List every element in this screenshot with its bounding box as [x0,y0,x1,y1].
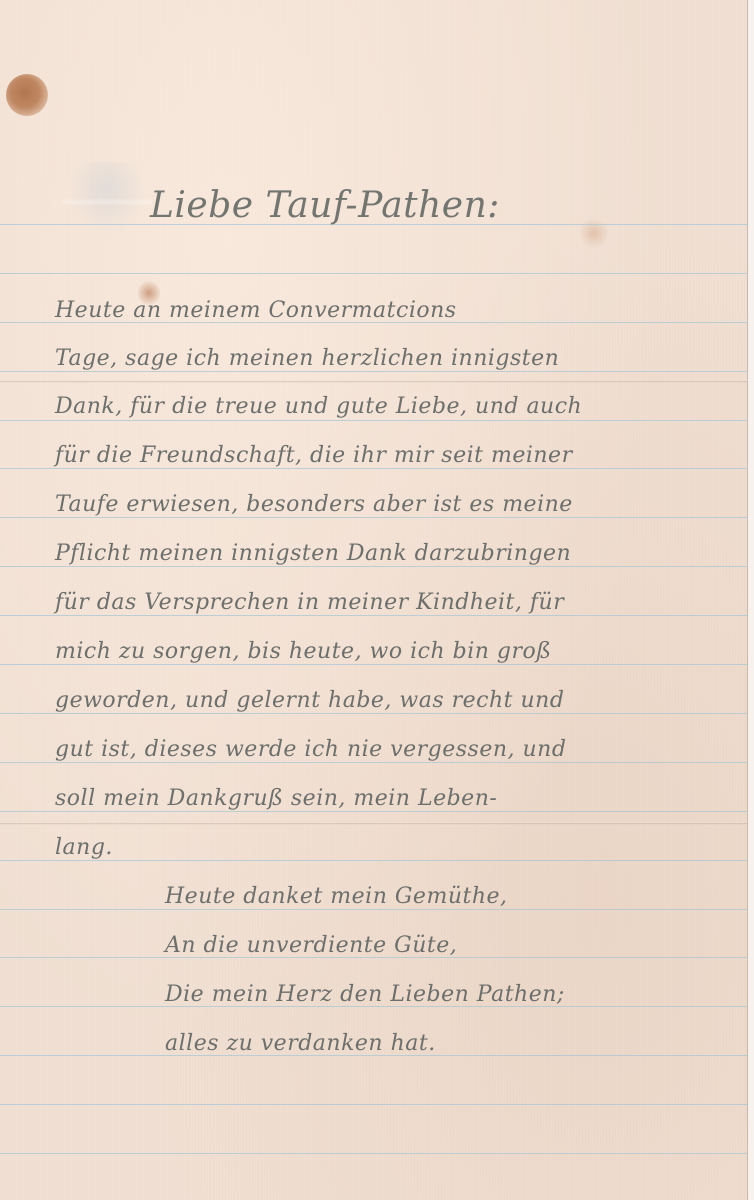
embossed-stationery-mark [62,162,152,242]
letter-page: Liebe Tauf-Pathen: Heute an meinem Conve… [0,0,748,1200]
letter-line: geworden, und gelernt habe, was recht un… [55,688,564,713]
ruling-line [0,762,748,763]
letter-heading: Liebe Tauf-Pathen: [150,185,500,226]
letter-line: Heute an meinem Convermatcions [55,298,457,323]
letter-line: für die Freundschaft, die ihr mir seit m… [55,443,573,468]
letter-line: gut ist, dieses werde ich nie vergessen,… [55,737,566,762]
scan-edge [748,0,754,1200]
letter-line: Taufe erwiesen, besonders aber ist es me… [55,492,573,517]
ruling-line [0,1153,748,1154]
ruling-line [0,566,748,567]
fold-crease [0,380,748,383]
verse-line: Die mein Herz den Lieben Pathen; [165,982,565,1007]
letter-line: für das Versprechen in meiner Kindheit, … [55,590,564,615]
letter-line: Tage, sage ich meinen herzlichen innigst… [55,346,559,371]
letter-line: lang. [55,835,113,860]
ruling-line [0,713,748,714]
fold-crease [0,822,748,825]
ruling-line [0,860,748,861]
letter-line: Pflicht meinen innigsten Dank darzubring… [55,541,571,566]
ruling-line [0,273,748,274]
letter-line: mich zu sorgen, bis heute, wo ich bin gr… [55,639,551,664]
ruling-line [0,517,748,518]
ruling-line [0,909,748,910]
verse-line: alles zu verdanken hat. [165,1031,436,1056]
ruling-line [0,468,748,469]
verse-line: An die unverdiente Güte, [165,933,457,958]
ruling-line [0,371,748,372]
ruling-line [0,1104,748,1105]
ink-stain [6,74,48,116]
ruling-line [0,615,748,616]
paper-stain [580,218,608,248]
letter-line: soll mein Dankgruß sein, mein Leben- [55,786,497,811]
ruling-line [0,420,748,421]
ruling-line [0,811,748,812]
ruling-line [0,664,748,665]
verse-line: Heute danket mein Gemüthe, [165,884,508,909]
letter-line: Dank, für die treue und gute Liebe, und … [55,394,582,419]
